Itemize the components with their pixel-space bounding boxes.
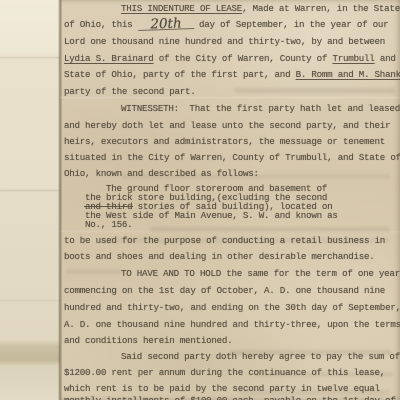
document-line: situated in the City of Warren, County o… — [64, 152, 400, 163]
document-line: and hereby doth let and lease unto the s… — [64, 120, 390, 131]
document-line: to be used for the purpose of conducting… — [64, 235, 385, 246]
property-description-line: No., 156. — [85, 219, 132, 230]
line-text: monthly installments of $100.00 each, pa… — [64, 395, 396, 400]
document-line: boots and shoes and dealing in other des… — [64, 251, 375, 262]
paper-crease — [60, 97, 400, 98]
scanned-lease-document: THIS INDENTURE OF LEASE, Made at Warren,… — [0, 0, 400, 400]
line-text: Lord one thousand nine hundred and thirt… — [64, 36, 385, 47]
line-text: of the City of Warren, County of — [153, 53, 332, 64]
document-line: party of the second part. — [64, 86, 196, 97]
document-line: hundred and thirty-two, and ending on th… — [64, 302, 400, 313]
document-line: Ohio, known and described as follows: — [64, 168, 259, 179]
line-text: State of Ohio, party of the first part, … — [64, 69, 296, 80]
bleed-through-text — [66, 269, 122, 274]
line-text: , Made at Warren, in the State — [242, 3, 400, 14]
line-text: No., 156. — [85, 219, 132, 230]
backing-sheet — [0, 0, 62, 400]
line-text: day of September, in the year of our — [194, 19, 389, 30]
line-text: commencing on the 1st day of October, A.… — [64, 285, 385, 296]
bleed-through-text — [235, 88, 395, 93]
heading-text: THIS INDENTURE OF LEASE — [121, 3, 242, 14]
lessee-names: B. Romm and M. Shank — [296, 69, 400, 80]
line-text: WITNESSETH: That the first party hath le… — [121, 103, 400, 114]
line-text: Said second party doth hereby agree to p… — [121, 351, 400, 362]
document-line: Lydia S. Brainard of the City of Warren,… — [64, 53, 396, 64]
line-text: A. D. one thousand nine hundred and thir… — [64, 319, 400, 330]
line-text: and conditions herein mentioned. — [64, 335, 232, 346]
document-line: heirs, executors and administrators, the… — [64, 136, 385, 147]
document-line: Lord one thousand nine hundred and thirt… — [64, 36, 385, 47]
document-line: State of Ohio, party of the first part, … — [64, 69, 400, 80]
document-line: which rent is to be paid by the second p… — [64, 383, 380, 394]
document-line: TO HAVE AND TO HOLD the same for the ter… — [121, 268, 400, 279]
line-text: to be used for the purpose of conducting… — [64, 235, 385, 246]
handwritten-date: 20th — [138, 19, 194, 31]
document-line: of Ohio, this 20th day of September, in … — [64, 19, 388, 30]
document-line-clipped: monthly installments of $100.00 each, pa… — [64, 395, 396, 400]
document-line: WITNESSETH: That the first party hath le… — [121, 103, 400, 114]
document-line: THIS INDENTURE OF LEASE, Made at Warren,… — [121, 3, 400, 14]
page-left-edge — [58, 0, 62, 400]
line-text: of Ohio, this — [64, 19, 138, 30]
document-line: $1200.00 rent per annum during the conti… — [64, 367, 385, 378]
bleed-through-text — [150, 227, 390, 232]
line-text: which rent is to be paid by the second p… — [64, 383, 380, 394]
line-text: party of the second part. — [64, 86, 196, 97]
county-name: Trumbull — [332, 53, 374, 64]
document-line: commencing on the 1st day of October, A.… — [64, 285, 385, 296]
line-text: and hereby doth let and lease unto the s… — [64, 120, 390, 131]
line-text: situated in the City of Warren, County o… — [64, 152, 400, 163]
line-text: Ohio, known and described as follows: — [64, 168, 259, 179]
paper-crease — [0, 190, 62, 191]
line-text: heirs, executors and administrators, the… — [64, 136, 385, 147]
line-text: $1200.00 rent per annum during the conti… — [64, 367, 385, 378]
line-text: hundred and thirty-two, and ending on th… — [64, 302, 400, 313]
document-line: and conditions herein mentioned. — [64, 335, 232, 346]
document-line: Said second party doth hereby agree to p… — [121, 351, 400, 362]
paper-crease — [0, 300, 62, 301]
line-text: TO HAVE AND TO HOLD the same for the ter… — [121, 268, 400, 279]
line-text: and — [375, 53, 396, 64]
paper-crease — [0, 57, 62, 58]
document-line: A. D. one thousand nine hundred and thir… — [64, 319, 400, 330]
line-text: boots and shoes and dealing in other des… — [64, 251, 375, 262]
lessor-name: Lydia S. Brainard — [64, 53, 153, 64]
